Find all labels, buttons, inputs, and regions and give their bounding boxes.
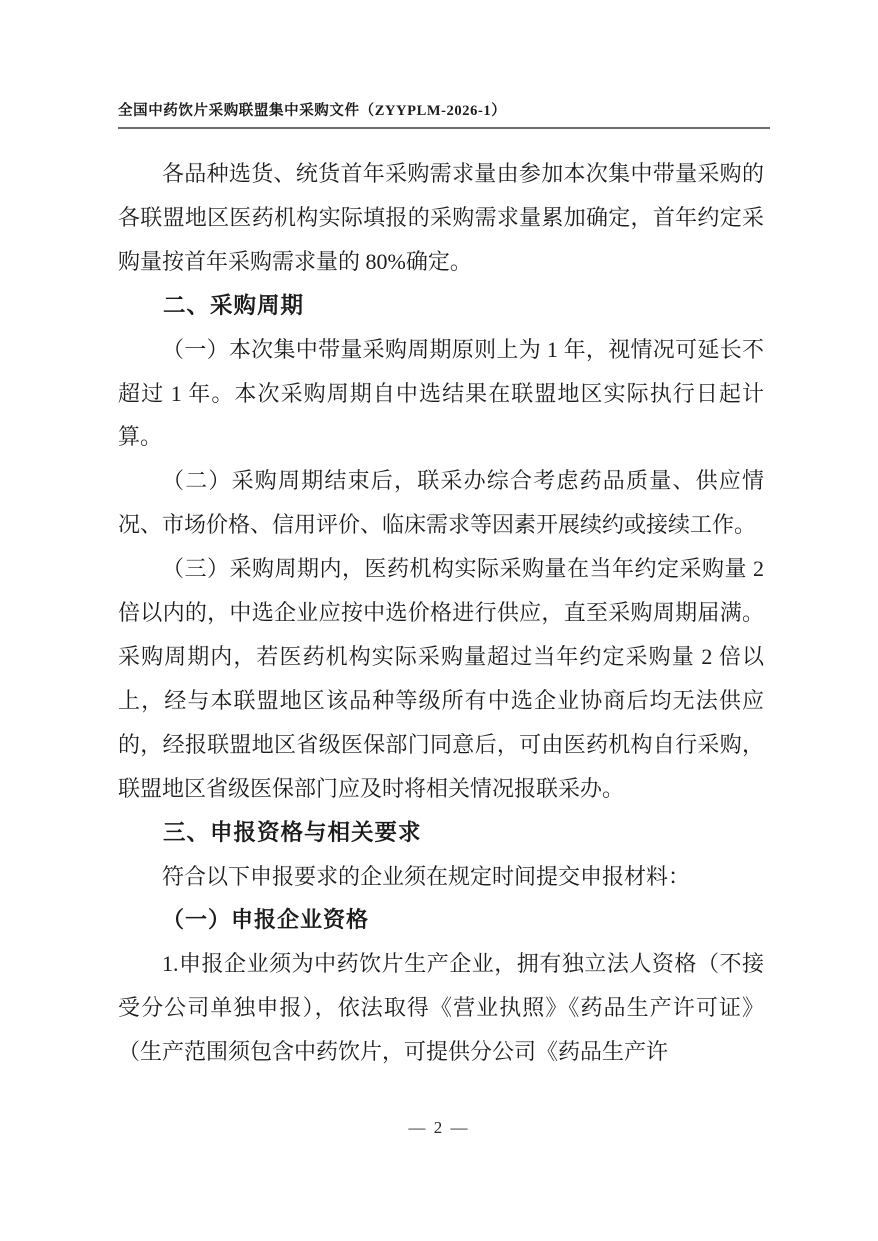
body-paragraph: 各品种选货、统货首年采购需求量由参加本次集中带量采购的各联盟地区医药机构实际填报… (118, 152, 764, 284)
section-heading-procurement-cycle: 二、采购周期 (118, 284, 764, 328)
body-paragraph: 1.申报企业须为中药饮片生产企业，拥有独立法人资格（不接受分公司单独申报），依法… (118, 942, 764, 1074)
body-paragraph: （二）采购周期结束后，联采办综合考虑药品质量、供应情况、市场价格、信用评价、临床… (118, 459, 764, 547)
subsection-heading-enterprise-qualification: （一）申报企业资格 (118, 898, 764, 942)
document-page: 全国中药饮片采购联盟集中采购文件（ZYYPLM-2026-1） 各品种选货、统货… (0, 0, 878, 1241)
body-paragraph: （一）本次集中带量采购周期原则上为 1 年，视情况可延长不超过 1 年。本次采购… (118, 328, 764, 460)
body-paragraph: （三）采购周期内，医药机构实际采购量在当年约定采购量 2 倍以内的，中选企业应按… (118, 547, 764, 810)
section-heading-application-qualification: 三、申报资格与相关要求 (118, 811, 764, 855)
document-header-title: 全国中药饮片采购联盟集中采购文件（ZYYPLM-2026-1） (118, 99, 770, 129)
body-paragraph: 符合以下申报要求的企业须在规定时间提交申报材料： (118, 855, 764, 899)
document-body: 各品种选货、统货首年采购需求量由参加本次集中带量采购的各联盟地区医药机构实际填报… (118, 152, 764, 1074)
page-number: — 2 — (0, 1112, 878, 1144)
